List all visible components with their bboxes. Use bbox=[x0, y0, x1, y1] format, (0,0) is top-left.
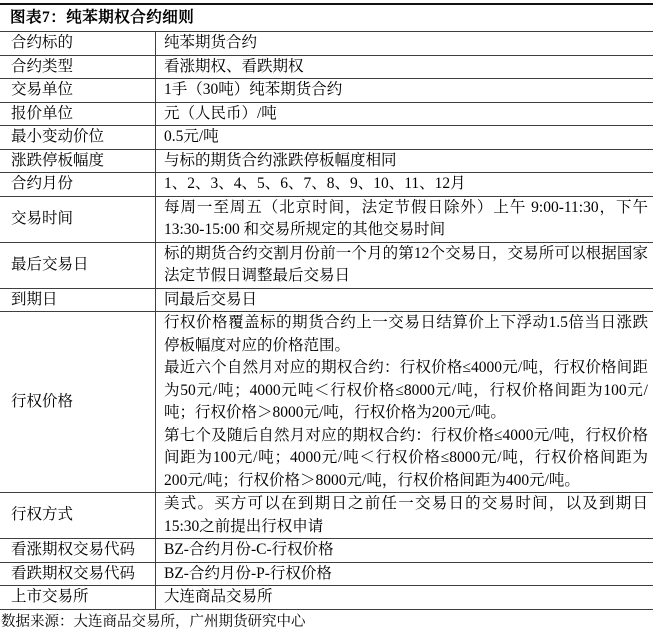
row-label: 最小变动价位 bbox=[0, 126, 156, 149]
table-row: 最小变动价位 0.5元/吨 bbox=[0, 126, 653, 150]
row-label: 交易时间 bbox=[0, 197, 156, 242]
table-row: 行权方式 美式。买方可以在到期日之前任一交易日的交易时间，以及到期日15:30之… bbox=[0, 493, 653, 539]
row-label: 交易单位 bbox=[0, 79, 156, 102]
report-page: 图表7：纯苯期权合约细则 合约标的 纯苯期货合约 合约类型 看涨期权、看跌期权 … bbox=[0, 3, 653, 634]
row-value: BZ-合约月份-C-行权价格 bbox=[156, 539, 653, 562]
row-label: 报价单位 bbox=[0, 103, 156, 126]
row-label: 合约标的 bbox=[0, 32, 156, 55]
row-value: 看涨期权、看跌期权 bbox=[156, 56, 653, 79]
row-label: 合约月份 bbox=[0, 173, 156, 196]
table-row: 涨跌停板幅度 与标的期货合约涨跌停板幅度相同 bbox=[0, 150, 653, 174]
row-value: 与标的期货合约涨跌停板幅度相同 bbox=[156, 150, 653, 173]
row-label: 行权价格 bbox=[0, 312, 156, 492]
row-label: 看涨期权交易代码 bbox=[0, 539, 156, 562]
table-row: 合约月份 1、2、3、4、5、6、7、8、9、10、11、12月 bbox=[0, 173, 653, 197]
row-value: 美式。买方可以在到期日之前任一交易日的交易时间，以及到期日15:30之前提出行权… bbox=[156, 493, 653, 538]
row-value: 大连商品交易所 bbox=[156, 586, 653, 609]
row-value: 标的期货合约交割月份前一个月的第12个交易日，交易所可以根据国家法定节假日调整最… bbox=[156, 243, 653, 288]
table-row: 合约标的 纯苯期货合约 bbox=[0, 32, 653, 56]
table-row: 上市交易所 大连商品交易所 bbox=[0, 586, 653, 610]
row-value: BZ-合约月份-P-行权价格 bbox=[156, 563, 653, 586]
row-label: 合约类型 bbox=[0, 56, 156, 79]
table-row: 看涨期权交易代码 BZ-合约月份-C-行权价格 bbox=[0, 539, 653, 563]
row-value: 1手（30吨）纯苯期货合约 bbox=[156, 79, 653, 102]
table-row: 看跌期权交易代码 BZ-合约月份-P-行权价格 bbox=[0, 563, 653, 587]
row-value: 每周一至周五（北京时间，法定节假日除外）上午 9:00-11:30，下午 13:… bbox=[156, 197, 653, 242]
table-row: 交易时间 每周一至周五（北京时间，法定节假日除外）上午 9:00-11:30，下… bbox=[0, 197, 653, 243]
row-value: 纯苯期货合约 bbox=[156, 32, 653, 55]
row-label: 行权方式 bbox=[0, 493, 156, 538]
table-row: 报价单位 元（人民币）/吨 bbox=[0, 103, 653, 127]
row-label: 看跌期权交易代码 bbox=[0, 563, 156, 586]
row-value: 同最后交易日 bbox=[156, 289, 653, 312]
row-label: 到期日 bbox=[0, 289, 156, 312]
table-row: 交易单位 1手（30吨）纯苯期货合约 bbox=[0, 79, 653, 103]
contract-spec-table: 图表7：纯苯期权合约细则 合约标的 纯苯期货合约 合约类型 看涨期权、看跌期权 … bbox=[0, 3, 653, 610]
table-row: 合约类型 看涨期权、看跌期权 bbox=[0, 56, 653, 80]
row-label: 上市交易所 bbox=[0, 586, 156, 609]
row-label: 涨跌停板幅度 bbox=[0, 150, 156, 173]
table-row: 到期日 同最后交易日 bbox=[0, 289, 653, 313]
row-value: 0.5元/吨 bbox=[156, 126, 653, 149]
data-source-note: 数据来源：大连商品交易所，广州期货研究中心 bbox=[0, 613, 653, 632]
table-title: 图表7：纯苯期权合约细则 bbox=[0, 5, 653, 32]
row-value: 元（人民币）/吨 bbox=[156, 103, 653, 126]
row-value: 1、2、3、4、5、6、7、8、9、10、11、12月 bbox=[156, 173, 653, 196]
table-row: 最后交易日 标的期货合约交割月份前一个月的第12个交易日，交易所可以根据国家法定… bbox=[0, 243, 653, 289]
row-value: 行权价格覆盖标的期货合约上一交易日结算价上下浮动1.5倍当日涨跌停板幅度对应的价… bbox=[156, 312, 653, 492]
row-label: 最后交易日 bbox=[0, 243, 156, 288]
table-row: 行权价格 行权价格覆盖标的期货合约上一交易日结算价上下浮动1.5倍当日涨跌停板幅… bbox=[0, 312, 653, 493]
